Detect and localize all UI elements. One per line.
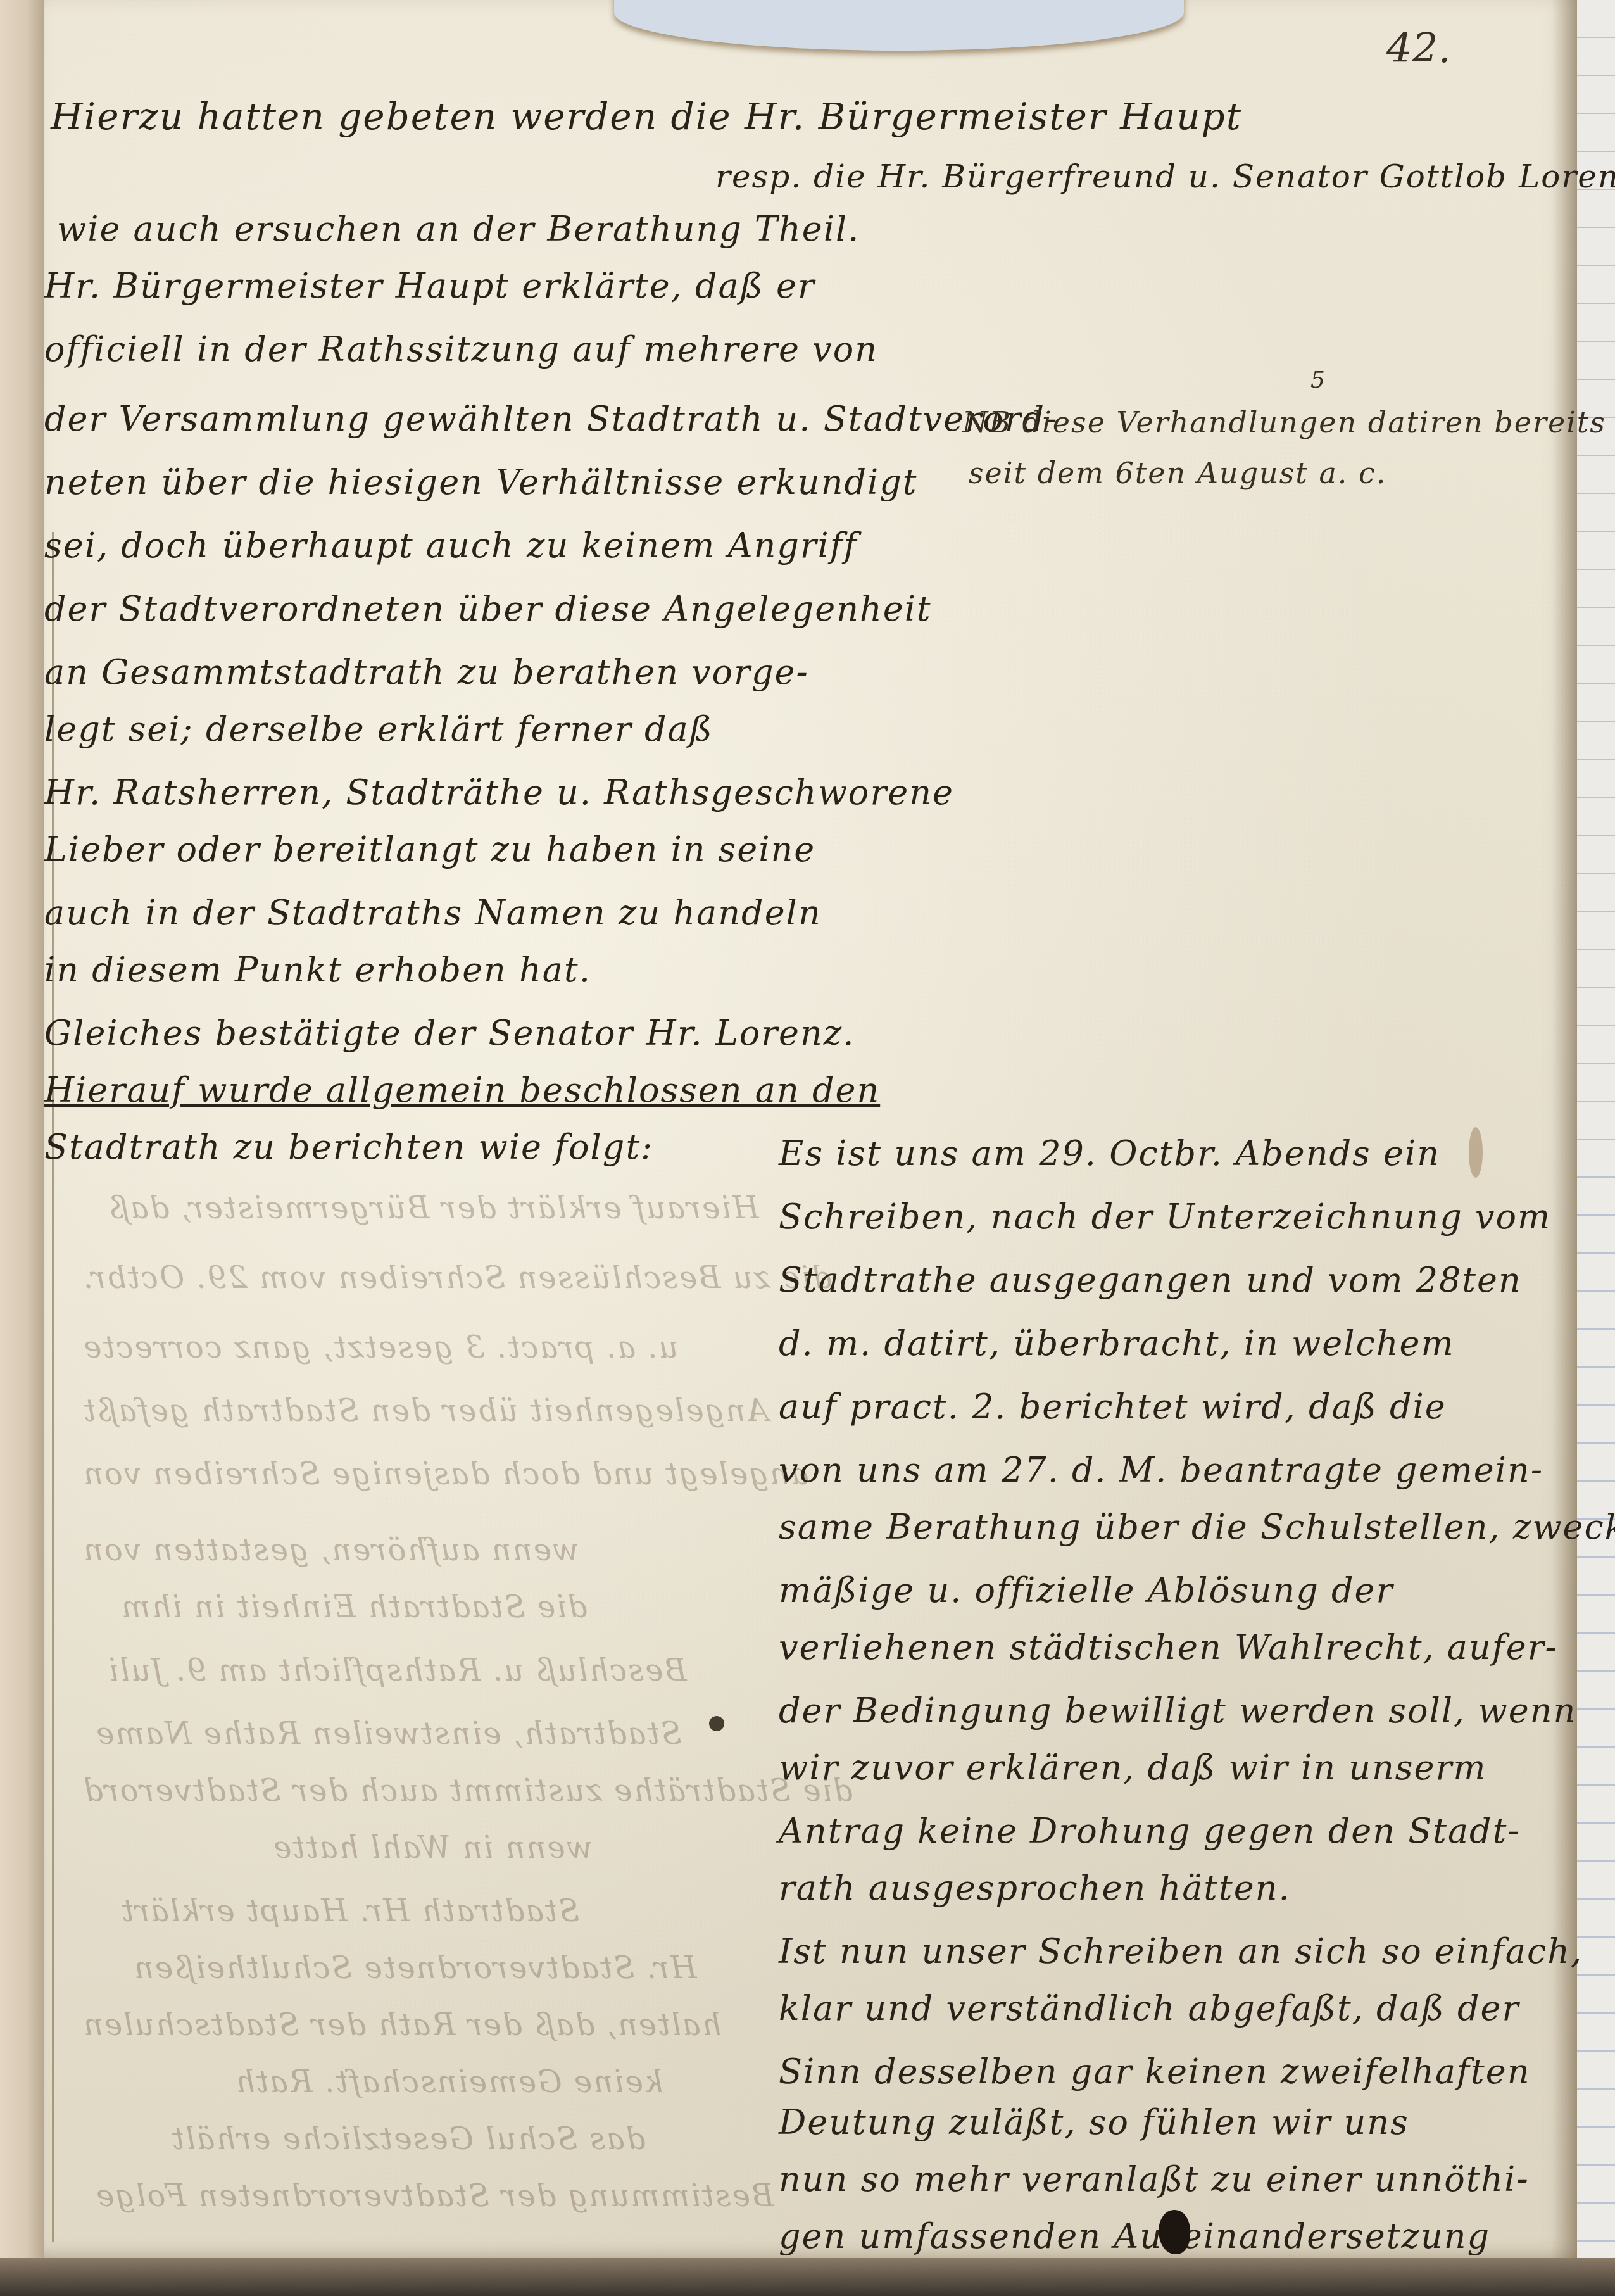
bleed-line: die Stadtrath Einheit in ihm (120, 1589, 587, 1625)
text-line: der Versammlung gewählten Stadtrath u. S… (44, 399, 1058, 439)
bleed-line: Angelegenheit über den Stadtrath gefaßt (82, 1393, 769, 1429)
text-line: wie auch ersuchen an der Berathung Theil… (57, 209, 860, 249)
bleed-line: Stadtrath Hr. Haupt erklärt (120, 1893, 579, 1929)
ink-stain (1469, 1127, 1483, 1178)
text-line: sei, doch überhaupt auch zu keinem Angri… (44, 526, 858, 565)
bleed-line: angelegt und doch dasjenige Schreiben vo… (82, 1456, 809, 1492)
text-line: Lieber oder bereitlangt zu haben in sein… (44, 829, 815, 869)
bleed-line: Bestimmung der Stadtverordneten Folge (95, 2178, 774, 2214)
bleed-line: Hierauf erklärt der Bürgermeister, daß (108, 1190, 759, 1226)
margin-note-line: seit dem 6ten August a. c. (969, 456, 1386, 490)
text-line: Schreiben, nach der Unterzeichnung vom (779, 1197, 1551, 1237)
text-line: in diesem Punkt erhoben hat. (44, 950, 591, 990)
text-line: nun so mehr veranlaßt zu einer unnöthi- (779, 2159, 1530, 2199)
bleed-line: das Schul Gesetzliche erhält (171, 2121, 646, 2157)
bleed-line: wenn aufhören, gestatten von (82, 1532, 579, 1568)
bleed-line: Stadtrath, einstweilen Rathe Name (95, 1716, 682, 1751)
bleed-line: die zu Beschlüssen Schreiben vom 29. Oct… (82, 1260, 832, 1296)
text-line-struck: verliehenen städtischen Wahlrecht, aufer… (779, 1627, 1558, 1667)
text-line: auch in der Stadtraths Namen zu handeln (44, 893, 822, 933)
text-line: Deutung zuläßt, so fühlen wir uns (779, 2102, 1409, 2142)
manuscript-page: 42. Hierauf erklärt der Bürgermeister, d… (44, 0, 1577, 2258)
text-line: wir zuvor erklären, daß wir in unserm (779, 1748, 1486, 1788)
book-binding (0, 0, 44, 2296)
text-line: der Stadtverordneten über diese Angelege… (44, 589, 932, 629)
text-line: Sinn desselben gar keinen zweifelhaften (779, 2052, 1531, 2091)
text-line: neten über die hiesigen Verhältnisse erk… (44, 462, 918, 502)
text-line: auf pract. 2. berichtet wird, daß die (779, 1387, 1447, 1427)
text-line: mäßige u. offizielle Ablösung der (779, 1570, 1393, 1610)
text-line: same Berathung über die Schulstellen, zw… (779, 1507, 1615, 1547)
text-line: rath ausgesprochen hätten. (779, 1868, 1291, 1908)
text-line: Antrag keine Drohung gegen den Stadt- (779, 1811, 1521, 1851)
header-line-2: resp. die Hr. Bürgerfreund u. Senator Go… (715, 158, 1615, 195)
bleed-line: wenn in Wahl hatte (272, 1830, 593, 1865)
text-line: Stadtrathe ausgegangen und vom 28ten (779, 1260, 1522, 1300)
header-line-1: Hierzu hatten gebeten werden die Hr. Bür… (51, 95, 1242, 138)
text-line: officiell in der Rathssitzung auf mehrer… (44, 329, 878, 369)
text-line: Gleiches bestätigte der Senator Hr. Lore… (44, 1013, 855, 1053)
bleed-line: Beschluß u. Rathspflicht am 9. Juli (108, 1653, 687, 1688)
text-line: legt sei; derselbe erklärt ferner daß (44, 709, 713, 749)
margin-note-line: NB diese Verhandlungen datiren bereits (962, 405, 1606, 439)
text-line: an Gesammtstadtrath zu berathen vorge- (44, 652, 809, 692)
text-line: Stadtrath zu berichten wie folgt: (44, 1127, 653, 1167)
torn-top-edge (614, 0, 1184, 51)
text-line: Hierauf wurde allgemein beschlossen an d… (44, 1070, 880, 1110)
bleed-line: die Stadträthe zustimmt auch der Stadtve… (82, 1773, 853, 1808)
text-line: der Bedingung bewilligt werden soll, wen… (779, 1691, 1576, 1731)
text-line: d. m. datirt, überbracht, in welchem (779, 1323, 1455, 1363)
page-edge-shading (1552, 0, 1577, 2258)
bleed-line: keine Gemeinschaft. Rath (234, 2064, 663, 2100)
margin-note-superscript: 5 (1310, 367, 1326, 393)
bleed-line: Hr. Stadtverordnete Schultheißen (133, 1950, 696, 1986)
text-line: klar und verständlich abgefaßt, daß der (779, 1988, 1519, 2028)
text-line: Es ist uns am 29. Octbr. Abends ein (779, 1133, 1440, 1173)
ink-blot (1159, 2210, 1190, 2254)
bleed-line: halten, daß der Rath der Stadtschulen (82, 2007, 721, 2043)
text-line: Hr. Bürgermeister Haupt erklärte, daß er (44, 266, 815, 306)
ink-dot (709, 1716, 724, 1731)
page-number: 42. (1386, 25, 1451, 72)
text-line: Hr. Ratsherren, Stadträthe u. Rathsgesch… (44, 773, 954, 812)
bleed-line: u. a. pract. 3 gesetzt, ganz correcte (82, 1330, 678, 1365)
text-line: von uns am 27. d. M. beantragte gemein- (779, 1450, 1543, 1490)
text-line: gen umfassenden Auseinandersetzung (779, 2216, 1490, 2256)
text-line: Ist nun unser Schreiben an sich so einfa… (779, 1931, 1583, 1971)
page-bottom-shadow (0, 2258, 1615, 2296)
